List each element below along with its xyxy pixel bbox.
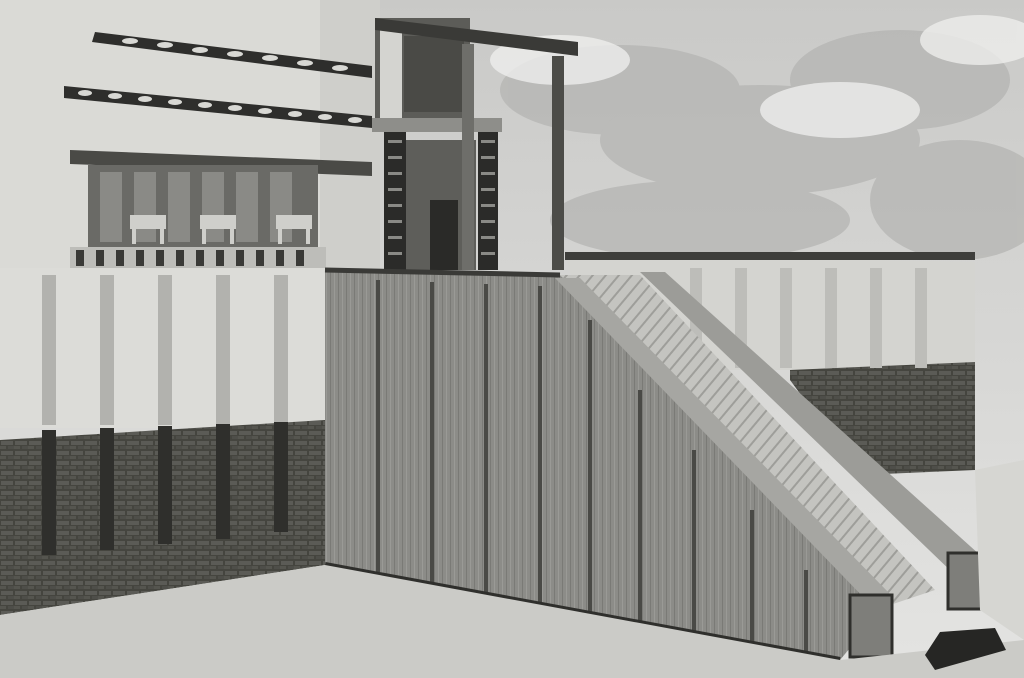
left-plinth-wall [0, 268, 325, 615]
temple-reconstruction-illustration [0, 0, 1024, 678]
